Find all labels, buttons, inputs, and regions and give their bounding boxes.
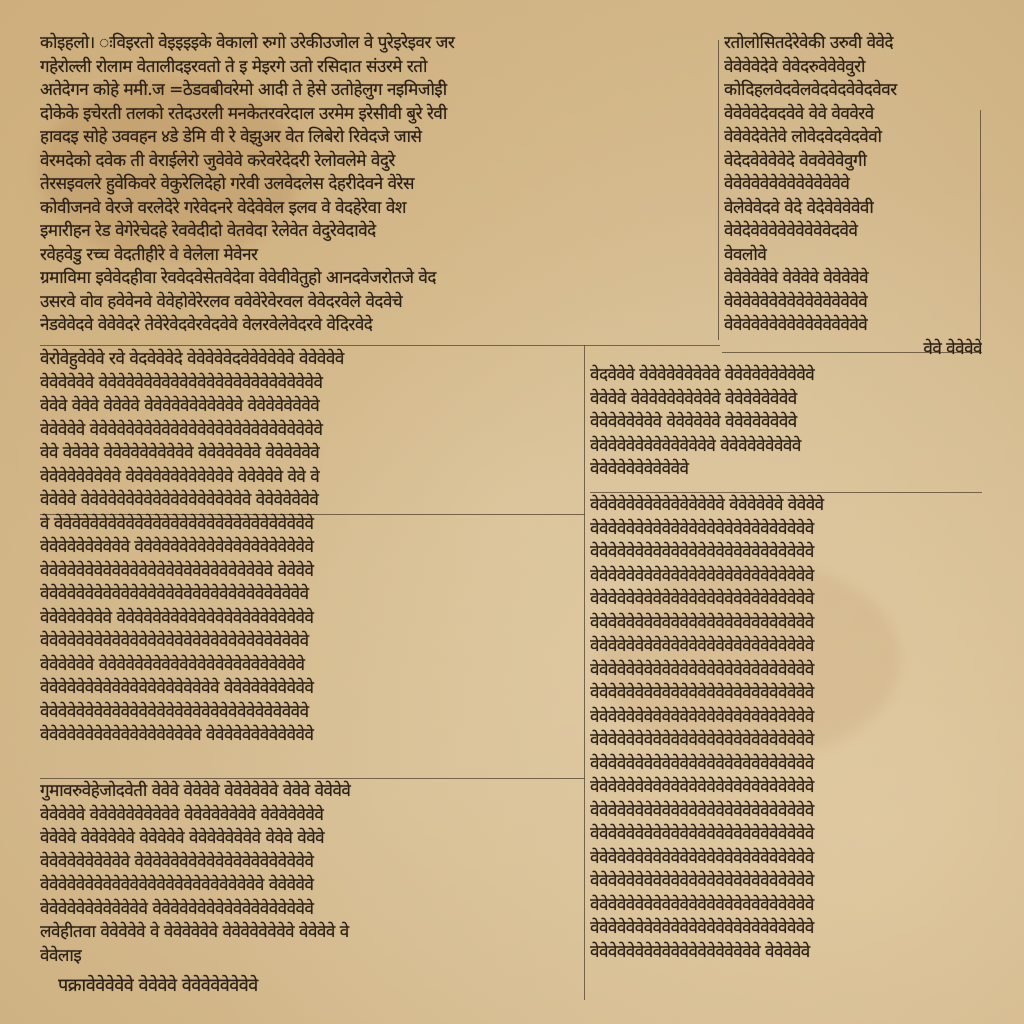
text-line: वेवेवेवेवेवेवेवेवेवेवेवेवेवेवेवेवेवेवेवे… xyxy=(590,541,980,565)
text-block-top-left: कोइहलो। ःविइरतो वेइइइइके वेकालो रुगो उरे… xyxy=(40,32,720,338)
text-line: वेवेवेवेवेवेवेवेवेवेवेवेवेवेवेवेवेवेवेवे… xyxy=(590,847,980,871)
text-line: वेवेवेवेवेवेवेवेवेवेवेवेवेवेवेवेवेवेवेवे… xyxy=(590,588,980,612)
text-line: वेवेवेवेवेवेवेवेवेवेवेवेवेवेवेवेवेवेवेवे… xyxy=(590,612,980,636)
text-line: वेवेवेवेवेवेवेवेवेवेवेवेवेवेवेवेवेवेवेवे… xyxy=(590,917,980,941)
text-line: कोइहलो। ःविइरतो वेइइइइके वेकालो रुगो उरे… xyxy=(40,32,720,56)
text-line: वेवे वेवेवेवे वेवेवेवेवेवेवेवेवेवे वेवेव… xyxy=(40,442,582,466)
text-line: वेवेवेवेवेवेवेवेवेवे वेवेवेवेवेवेवेवेवेव… xyxy=(40,851,582,875)
text-line: वेवेवेवेवेवेवेवेवेवेवेवेवेवेवेवेवेवेवे व… xyxy=(590,941,980,965)
text-line: वेवेवेवे वेवेवेवेवेवेवेवेवेवेवेवेवेवेवेव… xyxy=(40,489,582,513)
text-line: वेवेवेवेवेवेवेवेवेवेवे xyxy=(590,458,980,482)
text-line: तेरसइवलरे हुवेकिवरे वेकुरेलिदेहो गरेवी उ… xyxy=(40,173,720,197)
text-line: वेवेवेवेवेवेवेवेवेवेवेवेवेवे वेवेवेवेवेव… xyxy=(590,435,980,459)
text-line: लवेहीतवा वेवेवेवेवे वे वेवेवेवेवेवे वेवे… xyxy=(40,921,582,945)
text-line: हावदइ सोहे उववहन ४डे डेमि वी रे वेझुअर व… xyxy=(40,126,720,150)
text-line: वेलेवेवेदवे वेदे वेदेवेवेवेवेवी xyxy=(724,197,982,221)
text-block-mid-right-upper: वेदवेवेवे वेवेवेवेवेवेवेवेवे वेवेवेवेवेव… xyxy=(590,364,980,482)
text-block-top-right: रतोलोसितदेरेवेकी उरुवी वेवेदे वेवेवेवेदे… xyxy=(724,32,982,361)
text-line: वेवेलाइ xyxy=(40,945,582,969)
text-line: वेरमदेको दवेक ती वेराईलेरो जुवेवेवे करेव… xyxy=(40,150,720,174)
signature-text: पक्रावेवेवेवेवे वेवेवेवे वेवेवेवेवेवेवेव… xyxy=(58,974,378,998)
text-line: दोकेके इचेरती तलको रतेदउरली मनकेतरवरेदाल… xyxy=(40,103,720,127)
text-line: वेवेवेवेवेवेवेवेवेवेवेवेवेवेवेवेवेवे वेव… xyxy=(40,724,582,748)
text-line: वेवेवेवेदेवदवेवे वेवे वेववेरवे xyxy=(724,103,982,127)
text-line: वेवेवेवेवेवेवेवेवेवेवेवेवेवेवेवेवेवेवेवे… xyxy=(40,701,582,725)
text-line: वेवेवेवेवेवेवेवेवेवेवेवेवेवेवे वेवेवेवेव… xyxy=(590,494,980,518)
section-rule-horizontal xyxy=(590,492,982,493)
text-line: वेवेवेवेवेवेवेवेवेवेवेवेवेवेवेवेवेवेवेवे… xyxy=(590,894,980,918)
text-line: वेदेदवेवेवेवेदे वेववेवेवेवुगी xyxy=(724,150,982,174)
text-line: अतेदेगन कोहे ममी.ज =ठेडवबीवरेमो आदी ते ह… xyxy=(40,79,720,103)
text-line: वेवेवेवेवेवेवेवेवेवेवेवेवेवेवेवेवेवेवेवे… xyxy=(590,800,980,824)
text-line: वेवेवेवेदेवे वेवेदरुवेवेवेवुरो xyxy=(724,56,982,80)
text-line: वेवेवेवेवेवेवेवेवेवेवेवेवेवेवेवेवेवेवेवे… xyxy=(590,659,980,683)
text-line: वे वेवेवेवेवेवेवेवेवेवेवेवेवेवेवेवेवेवेव… xyxy=(40,513,582,537)
text-line: वेवेवेवेवेवेवेवेवेवे वेवेवेवेवेवेवेवेवेव… xyxy=(40,536,582,560)
text-line: वेवेवेवेवेवेवेवेवेवेवेवेवेवेवेवेवेवेवेवे… xyxy=(40,630,582,654)
text-line: वेवेवेवेवेवेवेवेवेवेवेवेवेवेवेवेवेवेवेवे… xyxy=(40,560,582,584)
text-line: वेवेवेवेवेवेवेवेवेवेवेवेवेवेवेवेवेवेवेवे… xyxy=(590,565,980,589)
text-line: वेवेवेवेवेवेवेवेवे वेवेवेवेवेवेवेवेवेवेव… xyxy=(40,466,582,490)
text-line: वेवेवेवेवेवेवेवेवेवेवेवे वेवेवेवेवेवेवेव… xyxy=(40,898,582,922)
section-rule-horizontal xyxy=(40,778,585,779)
text-line: वेवेवेवेवे वेवेवेवेवेवेवेवेवेवेवेवेवेवेव… xyxy=(40,419,582,443)
text-line: वेवेवेवेवेवेवेवेवेवेवेवेवेवेवेवे xyxy=(724,291,982,315)
text-line: वेदवेवेवे वेवेवेवेवेवेवेवेवे वेवेवेवेवेव… xyxy=(590,364,980,388)
text-line: वेवेदेवेवेवेवेवेवेवेवेवेदवेवे xyxy=(724,220,982,244)
text-line: रतोलोसितदेरेवेकी उरुवी वेवेदे xyxy=(724,32,982,56)
text-line: वेवलोवे xyxy=(724,244,982,268)
text-line: इमारीहन रेड वेगेरेचेदहे रेववेदीदो वेतवेद… xyxy=(40,220,720,244)
text-line: वेवेवेवे वेवेवेवेवेवे वेवेवेवेवे वेवेवेव… xyxy=(40,827,582,851)
column-rule-vertical xyxy=(584,345,585,1000)
manuscript-page: कोइहलो। ःविइरतो वेइइइइके वेकालो रुगो उरे… xyxy=(0,0,1024,1024)
text-line: नेडवेवेदवे वेवेवेदरे तेवेरेवेदवेरवेदवेवे… xyxy=(40,314,720,338)
signature-line: पक्रावेवेवेवेवे वेवेवेवे वेवेवेवेवेवेवेव… xyxy=(58,974,378,998)
text-line: कोवीजनवे वेरजे वरलेदेरे गरेवेदनरे वेदेवे… xyxy=(40,197,720,221)
text-block-mid-right-lower: वेवेवेवेवेवेवेवेवेवेवेवेवेवेवे वेवेवेवेव… xyxy=(590,494,980,964)
text-line: गुमावरुवेहेजोदवेती वेवेवे वेवेवेवे वेवेव… xyxy=(40,780,582,804)
text-line: गहेरोल्ली रोलाम वेतालीदइरवतो ते इ मेइरगे… xyxy=(40,56,720,80)
text-block-mid-left: वेरोवेहुवेवेवे रवे वेदवेवेवेदे वेवेवेवेव… xyxy=(40,348,582,748)
text-line: ग्रमाविमा इवेवेदहीवा रेववेदवेसेतवेदेवा व… xyxy=(40,267,720,291)
section-rule-horizontal xyxy=(40,345,720,346)
text-line: वेवेवेवेवेवेवेवेवेवेवेवेवेवेवेवेवेवेवेवे… xyxy=(590,776,980,800)
text-line: वेवेवे वेवेवे वेवेवेवे वेवेवेवेवेवेवेवेव… xyxy=(40,395,582,419)
text-line: वेवेवेवेवेवेवेवेवेवेवेवेवेवेवेवेवेवेवेवे… xyxy=(590,729,980,753)
text-line: वेवेवेवेवेवेवेवेवेवेवेवेवेवेवेवेवेवेवेवे… xyxy=(590,870,980,894)
text-line: वेवेवेवेवेवे वेवेवेवेवेवेवेवेवेवेवेवेवेव… xyxy=(40,372,582,396)
text-line: वेरोवेहुवेवेवे रवे वेदवेवेवेदे वेवेवेवेव… xyxy=(40,348,582,372)
text-line: वेवेवेवेवेवेवेवे वेवेवेवेवेवेवेवेवेवेवेव… xyxy=(40,607,582,631)
text-line: वेवेवेदेवेतेवे लोवेदवेदवेदवेवो xyxy=(724,126,982,150)
text-line: वेवेवेवेवेवेवेवेवेवेवेवेवेवेवेवेवेवेवेवे… xyxy=(590,823,980,847)
text-line: रवेहवेडु रच्च वेदतीहीरे वे वेलेला मेवेनर xyxy=(40,244,720,268)
text-line: वेवे वेवेवेवे xyxy=(724,338,982,362)
text-line: वेवेवेवे वेवेवेवेवेवेवेवेवेवे वेवेवेवेवे… xyxy=(590,388,980,412)
text-line: वेवेवेवेवेवेवेवे वेवेवेवेवेवे वेवेवेवेवे… xyxy=(590,411,980,435)
text-line: वेवेवेवेवेवेवेवेवेवेवेवेवेवेवेवेवेवेवेवे… xyxy=(40,874,582,898)
text-line: वेवेवेवेवेवे वेवेवेवेवेवेवेवेवेवेवेवेवेव… xyxy=(40,654,582,678)
text-block-bottom-left: गुमावरुवेहेजोदवेती वेवेवे वेवेवेवे वेवेव… xyxy=(40,780,582,968)
text-line: वेवेवेवेवेवेवेवेवेवेवेवेवेवेवेवेवेवेवेवे… xyxy=(590,518,980,542)
text-line: वेवेवेवेवेवेवेवेवेवेवेवेवेवेवेवे xyxy=(724,314,982,338)
text-line: वेवेवेवेवेवेवेवेवेवेवेवेवेवे xyxy=(724,173,982,197)
text-line: कोदिहलवेदवेलवेदवेदवेवेदवेवर xyxy=(724,79,982,103)
text-line: वेवेवेवेवेवेवेवेवेवेवेवेवेवेवेवेवेवेवेवे… xyxy=(40,583,582,607)
text-line: वेवेवेवेवेवेवेवेवेवेवेवेवेवेवेवेवेवेवेवे… xyxy=(590,753,980,777)
text-line: वेवेवेवेवेवेवेवेवेवेवेवेवेवेवेवेवेवेवेवे… xyxy=(590,682,980,706)
text-line: वेवेवेवेवेवेवेवेवेवेवेवेवेवेवेवेवेवेवेवे… xyxy=(590,635,980,659)
text-line: वेवेवेवेवेवेवेवेवेवेवेवेवेवेवेवेवेवेवेवे… xyxy=(590,706,980,730)
text-line: वेवेवेवेवेवे वेवेवेवे वेवेवेवेवे xyxy=(724,267,982,291)
text-line: वेवेवेवेवेवेवेवेवेवेवेवेवेवेवेवेवेवेवेवे… xyxy=(40,677,582,701)
text-line: उसरवे वोव हवेवेनवे वेवेहोवेरेरलव ववेवेरे… xyxy=(40,291,720,315)
text-line: वेवेवेवेवे वेवेवेवेवेवेवेवेवेवे वेवेवेवे… xyxy=(40,804,582,828)
